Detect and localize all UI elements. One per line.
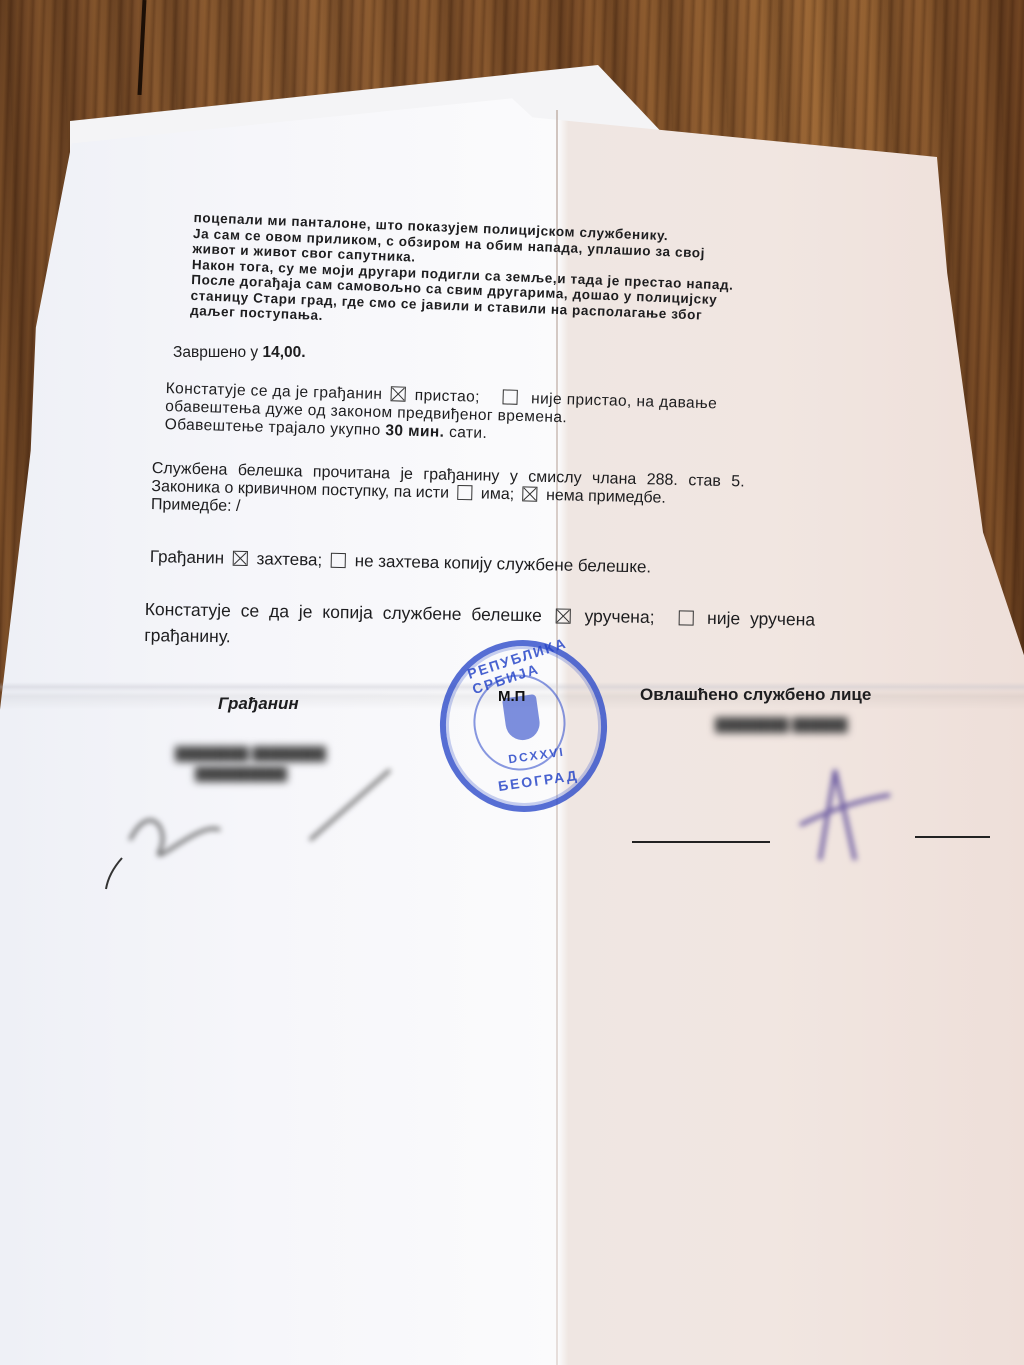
citizen-signature	[110, 760, 410, 880]
officer-signature	[780, 760, 900, 870]
consent-agreed-checkbox[interactable]	[391, 386, 406, 401]
officer-signature-line-right	[915, 836, 990, 838]
citizen-signature-label: Грађанин	[218, 695, 299, 712]
narrative-paragraph: поцепали ми панталоне, што показујем пол…	[190, 210, 736, 339]
table-plank-gap	[138, 0, 147, 95]
copy-requests-checkbox[interactable]	[233, 551, 248, 566]
copy-delivered-checkbox[interactable]	[556, 608, 571, 623]
copy-request-prefix: Грађанин	[150, 547, 225, 568]
stamp-place-label: М.П	[498, 688, 525, 705]
officer-signature-label: Овлашћено службено лице	[640, 686, 871, 703]
copy-not-delivered-label: није уручена	[707, 608, 815, 630]
duration-suffix: сати.	[449, 424, 488, 442]
copy-not-requests-checkbox[interactable]	[331, 553, 346, 568]
copy-delivered-label: уручена;	[584, 606, 654, 627]
completed-time: 14,00.	[262, 344, 305, 361]
remarks-value: /	[236, 498, 241, 515]
officer-signature-line-left	[632, 841, 770, 843]
remarks-none-checkbox[interactable]	[522, 486, 537, 501]
copy-not-delivered-checkbox[interactable]	[678, 610, 693, 625]
duration-value: 30 мин.	[385, 422, 444, 441]
officer-name-redacted: ████████ ██████	[715, 716, 848, 733]
consent-not-agreed-checkbox[interactable]	[503, 389, 518, 404]
pen-mark	[100, 855, 130, 895]
stamp-bottom-text: БЕОГРАД	[497, 767, 579, 794]
remarks-has-checkbox[interactable]	[457, 485, 472, 500]
remarks-none-label: нема примедбе.	[546, 487, 666, 507]
copy-delivery-block: Констатује се да је копија службене беле…	[144, 596, 815, 659]
copy-delivery-prefix: Констатује се да је копија службене беле…	[145, 599, 542, 625]
remarks-has-label: има;	[481, 485, 515, 503]
consent-agreed-label: пристао;	[415, 387, 481, 406]
completed-time-line: Завршено у 14,00.	[173, 344, 306, 362]
completed-label: Завршено у	[173, 344, 258, 361]
copy-requests-label: захтева;	[256, 549, 322, 569]
remarks-label: Примедбе:	[151, 496, 232, 515]
